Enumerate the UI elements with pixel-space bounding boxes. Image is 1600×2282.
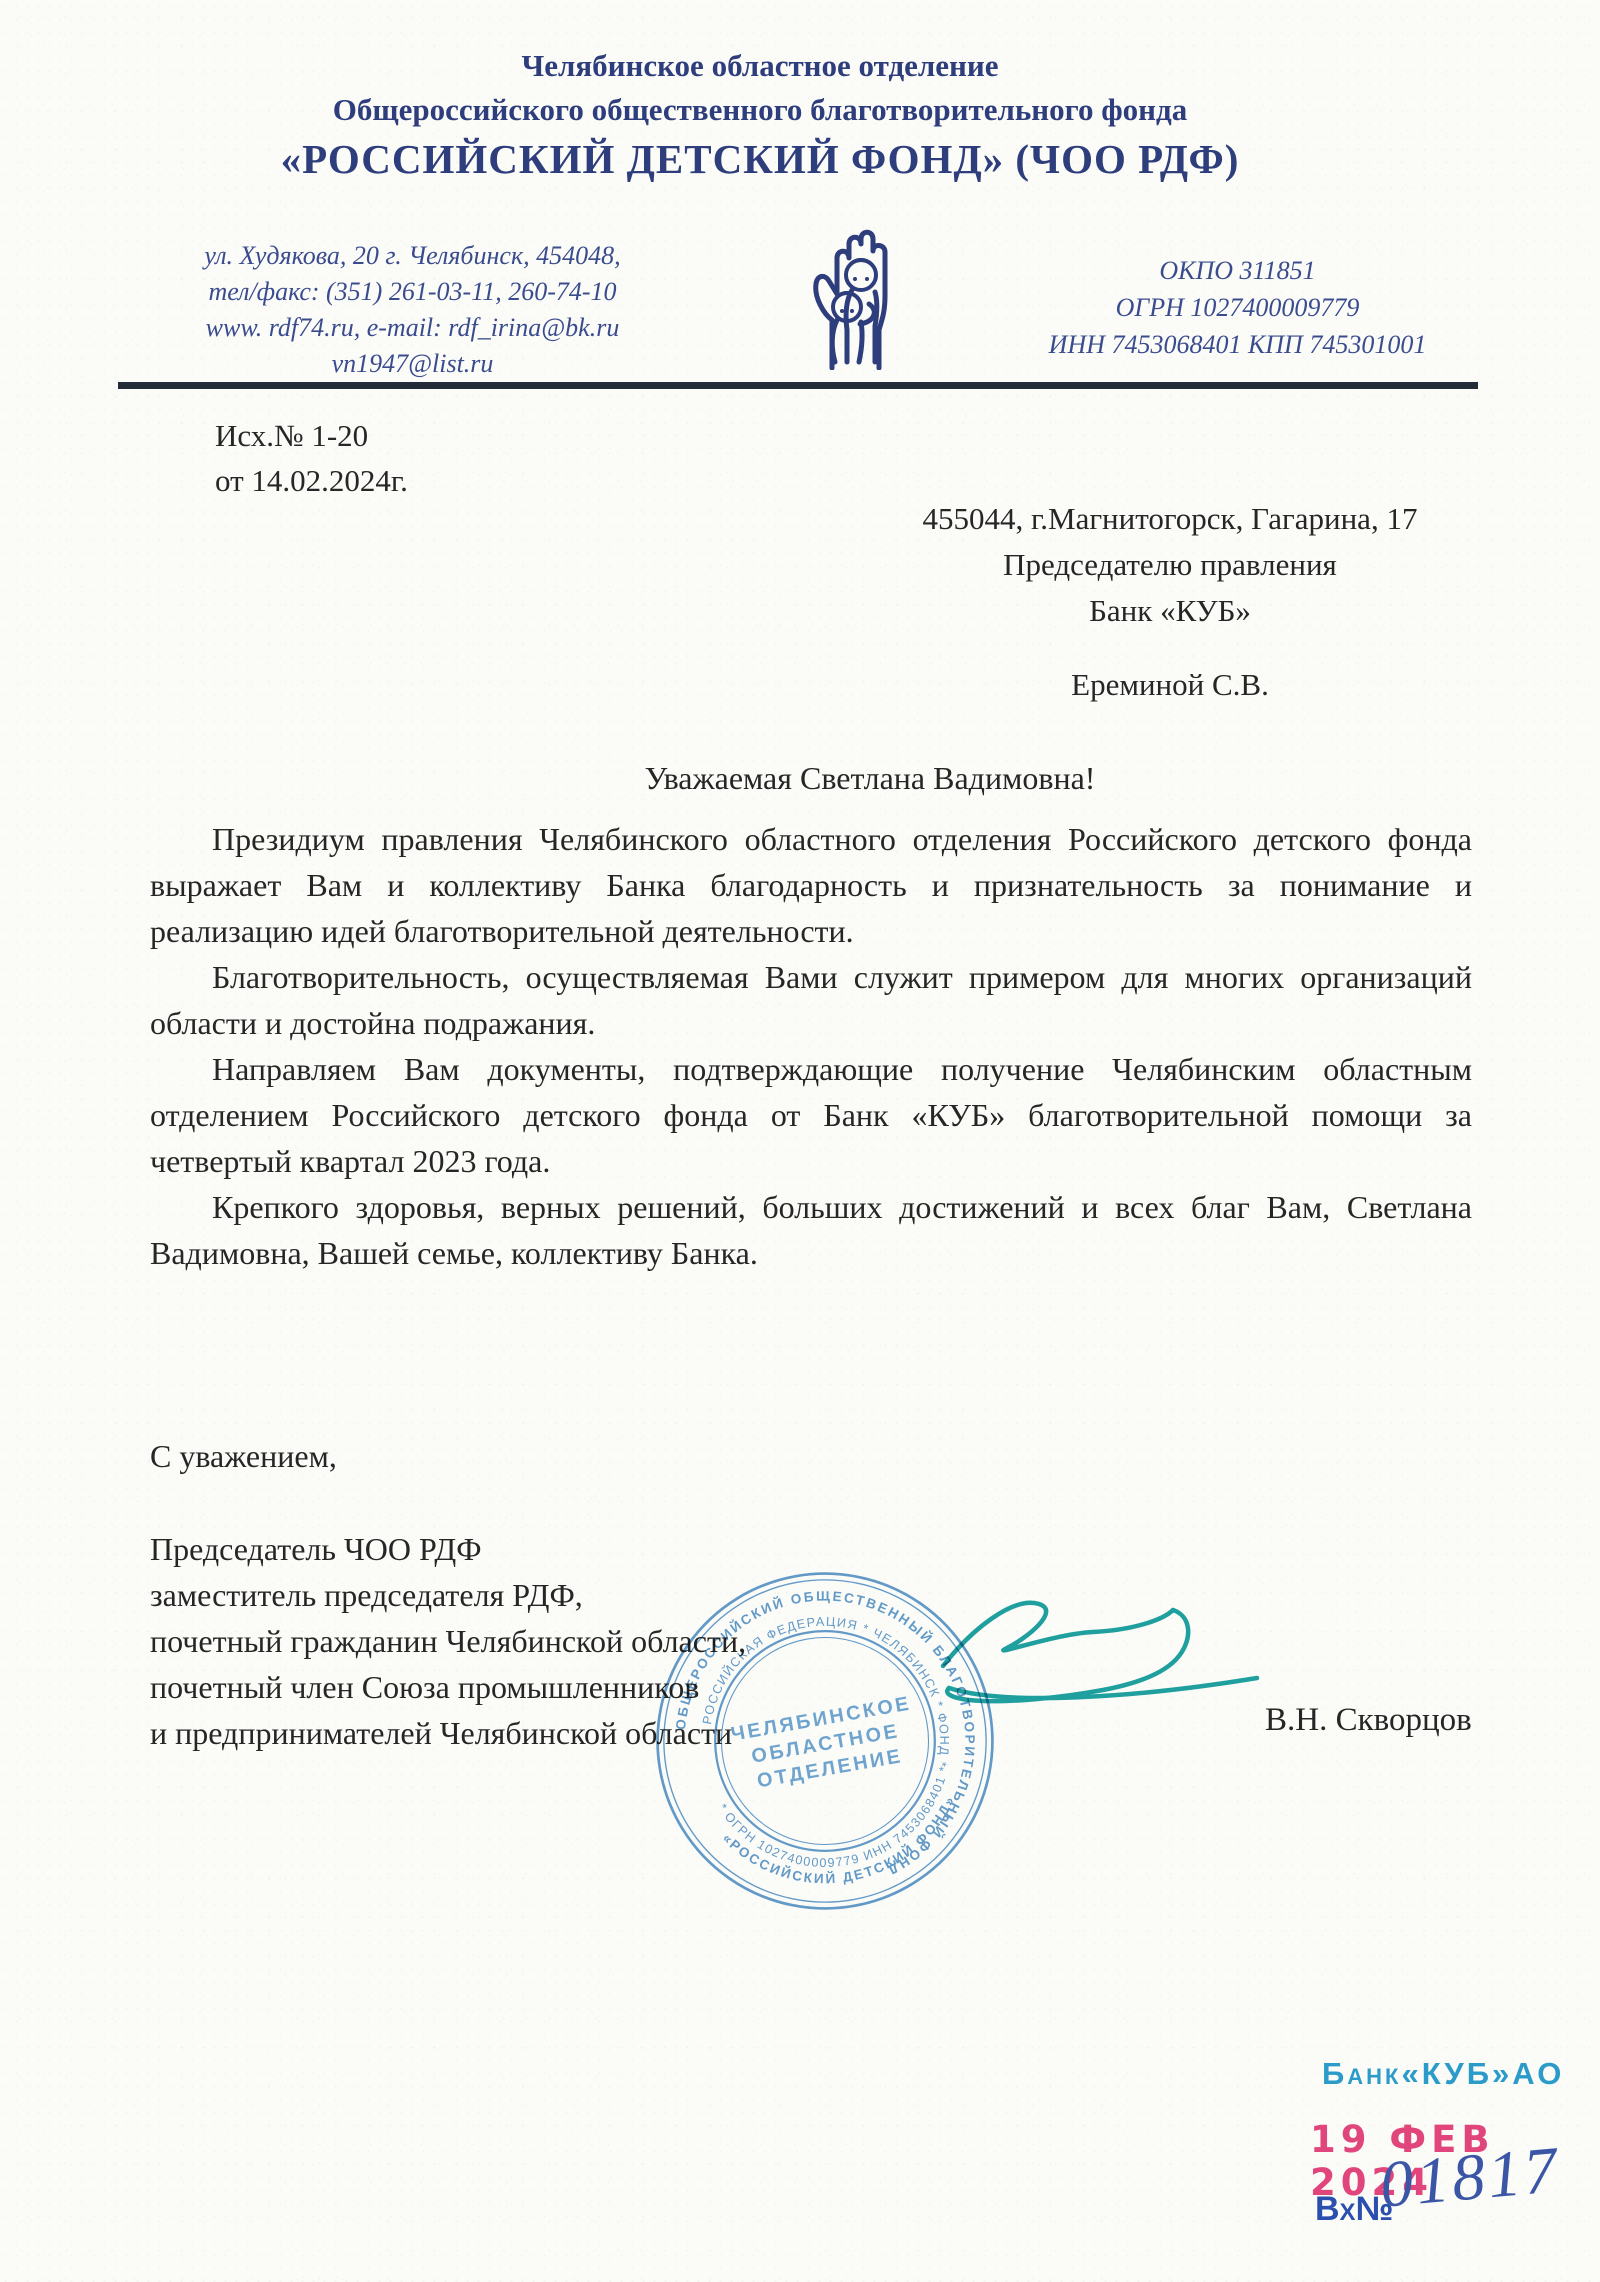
recipient-position: Председателю правления bbox=[860, 542, 1480, 588]
recipient-block: 455044, г.Магнитогорск, Гагарина, 17 Пре… bbox=[860, 496, 1480, 708]
letterhead: Челябинское областное отделение Общеросс… bbox=[0, 44, 1520, 186]
received-stamp-bank: Банк«КУБ»АО bbox=[1322, 2056, 1564, 2092]
reference-block: Исх.№ 1-20 от 14.02.2024г. bbox=[215, 413, 408, 503]
recipient-org: Банк «КУБ» bbox=[860, 588, 1480, 634]
signer-name: В.Н. Скворцов bbox=[1265, 1702, 1472, 1739]
contact-web-email: www. rdf74.ru, e-mail: rdf_irina@bk.ru bbox=[140, 310, 685, 346]
paragraph-2: Благотворительность, осуществляемая Вами… bbox=[150, 954, 1472, 1046]
contact-phone: тел/факс: (351) 261-03-11, 260-74-10 bbox=[140, 274, 685, 310]
scanned-letter-page: Челябинское областное отделение Общеросс… bbox=[0, 0, 1600, 2282]
okpo-line: ОКПО 311851 bbox=[955, 252, 1520, 289]
contact-block: ул. Худякова, 20 г. Челябинск, 454048, т… bbox=[140, 238, 685, 382]
contact-address: ул. Худякова, 20 г. Челябинск, 454048, bbox=[140, 238, 685, 274]
paragraph-1: Президиум правления Челябинского областн… bbox=[150, 816, 1472, 954]
letter-body: Президиум правления Челябинского областн… bbox=[150, 816, 1472, 1276]
closing-line: С уважением, bbox=[150, 1438, 337, 1475]
outgoing-number: Исх.№ 1-20 bbox=[215, 413, 408, 458]
codes-block: ОКПО 311851 ОГРН 1027400009779 ИНН 74530… bbox=[955, 252, 1520, 363]
paragraph-3: Направляем Вам документы, подтверждающие… bbox=[150, 1046, 1472, 1184]
children-fund-logo-icon bbox=[800, 218, 918, 370]
recipient-name: Ереминой С.В. bbox=[860, 662, 1480, 708]
recipient-address: 455044, г.Магнитогорск, Гагарина, 17 bbox=[860, 496, 1480, 542]
salutation: Уважаемая Светлана Вадимовна! bbox=[220, 760, 1520, 797]
contact-email2: vn1947@list.ru bbox=[140, 346, 685, 382]
outgoing-date: от 14.02.2024г. bbox=[215, 458, 408, 503]
handwritten-signature bbox=[935, 1582, 1275, 1742]
paragraph-4: Крепкого здоровья, верных решений, больш… bbox=[150, 1184, 1472, 1276]
org-region-line: Челябинское областное отделение bbox=[0, 44, 1520, 88]
letterhead-divider bbox=[118, 382, 1478, 389]
received-stamp-in-number: 01817 bbox=[1377, 2132, 1563, 2223]
inn-kpp-line: ИНН 7453068401 КПП 745301001 bbox=[955, 326, 1520, 363]
org-fund-line: Общероссийского общественного благотвори… bbox=[0, 88, 1520, 132]
ogrn-line: ОГРН 1027400009779 bbox=[955, 289, 1520, 326]
org-name-line: «РОССИЙСКИЙ ДЕТСКИЙ ФОНД» (ЧОО РДФ) bbox=[0, 132, 1520, 186]
